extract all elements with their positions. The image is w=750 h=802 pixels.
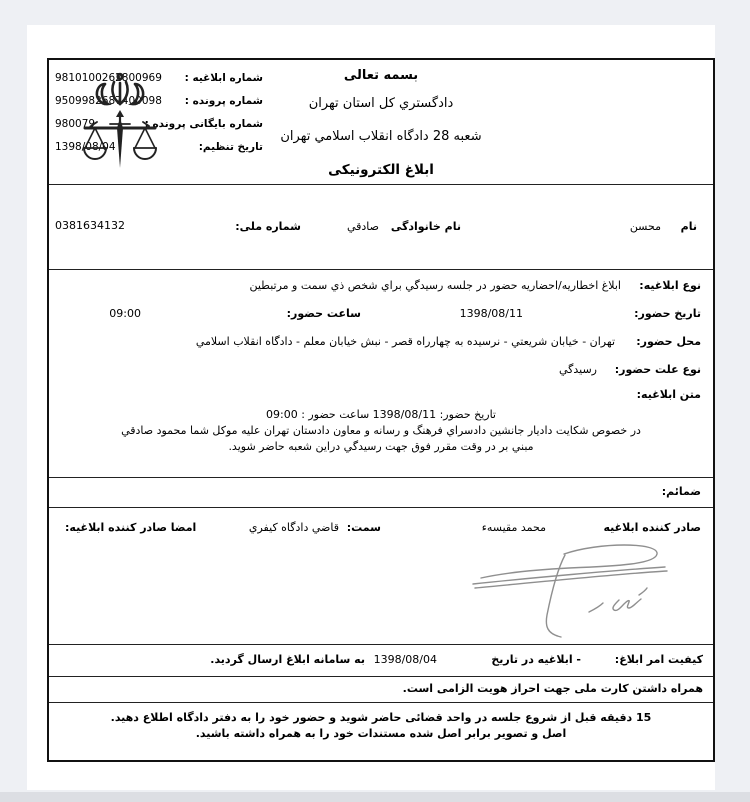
final-note-1: 15 دقیقه قبل از شروع جلسه در واحد قضائی …	[49, 710, 713, 726]
id-note-row: همراه داشتن کارت ملی جهت احراز هویت الزا…	[49, 677, 713, 703]
recipient-row: نام محسن نام خانوادگی صادقي شماره ملی: 0…	[49, 185, 713, 270]
attend-date-value: 1398/08/11	[460, 307, 523, 320]
attend-time-label: ساعت حضور:	[287, 307, 361, 320]
details-block: نوع ابلاغیه: ابلاغ اخطاریه/احضاریه حضور …	[49, 270, 713, 478]
reason-label: نوع علت حضور:	[615, 363, 701, 376]
issuer-row: صادر کننده ابلاغیه محمد مقیسه‌ء سمت: قاض…	[49, 508, 713, 645]
family-name-label: نام خانوادگی	[391, 220, 461, 233]
delivery-suffix: به سامانه ابلاغ ارسال گردید.	[210, 653, 365, 666]
notice-type-label: نوع ابلاغیه:	[639, 279, 701, 292]
national-id-label: شماره ملی:	[235, 220, 301, 233]
handwritten-signature	[469, 540, 694, 646]
delivery-label: کیفیت امر ابلاغ:	[615, 653, 703, 666]
document-page: شماره ابلاغیه : 9810100262800969 شماره پ…	[27, 25, 715, 790]
family-name-value: صادقي	[347, 220, 379, 233]
body-label: متن ابلاغیه:	[637, 388, 701, 401]
scanned-court-notice: { "colors": { "page_bg": "#ffffff", "des…	[0, 0, 750, 802]
attend-date-label: تاریخ حضور:	[634, 307, 701, 320]
header-row: شماره ابلاغیه : 9810100262800969 شماره پ…	[49, 60, 713, 185]
position-label: سمت:	[347, 521, 381, 534]
final-notes: 15 دقیقه قبل از شروع جلسه در واحد قضائی …	[49, 710, 713, 742]
location-label: محل حضور:	[636, 335, 701, 348]
issuer-label: صادر کننده ابلاغیه	[603, 521, 701, 534]
final-note-2: اصل و تصویر برابر اصل شده مستندات خود را…	[49, 726, 713, 742]
reason-value: رسیدگي	[559, 363, 597, 376]
location-value: تهران - خیابان شریعتي - نرسیده به چهاررا…	[196, 335, 615, 348]
final-notes-row: 15 دقیقه قبل از شروع جلسه در واحد قضائی …	[49, 703, 713, 760]
id-note-text: همراه داشتن کارت ملی جهت احراز هویت الزا…	[403, 682, 703, 695]
attachments-label: ضمائم:	[662, 485, 701, 498]
body-line-3: مبني بر در وقت مقرر فوق جهت رسیدگي دراین…	[49, 440, 713, 453]
body-line-1: تاریخ حضور: 1398/08/11 ساعت حضور : 09:00	[49, 408, 713, 421]
delivery-date: 1398/08/04	[374, 653, 437, 666]
attachments-row: ضمائم:	[49, 478, 713, 508]
first-name-label: نام	[681, 220, 697, 233]
judiciary-emblem-icon	[77, 66, 163, 182]
delivery-row: کیفیت امر ابلاغ: - ابلاغیه در تاریخ 1398…	[49, 645, 713, 677]
first-name-value: محسن	[630, 220, 661, 233]
signature-label: امضا صادر کننده ابلاغیه:	[65, 521, 196, 534]
notice-table: شماره ابلاغیه : 9810100262800969 شماره پ…	[47, 58, 715, 762]
national-id-value: 0381634132	[55, 219, 125, 232]
attend-time-value: 09:00	[109, 307, 141, 320]
desk-bottom-strip	[0, 792, 750, 802]
body-line-2: در خصوص شکایت دادیار جانشین دادسراي فرهن…	[49, 424, 713, 437]
position-value: قاضي دادگاه کیفري	[249, 521, 339, 534]
notice-type-value: ابلاغ اخطاریه/احضاریه حضور در جلسه رسیدگ…	[249, 279, 621, 292]
issuer-name: محمد مقیسه‌ء	[482, 521, 546, 534]
delivery-prefix: - ابلاغیه در تاریخ	[491, 653, 581, 666]
